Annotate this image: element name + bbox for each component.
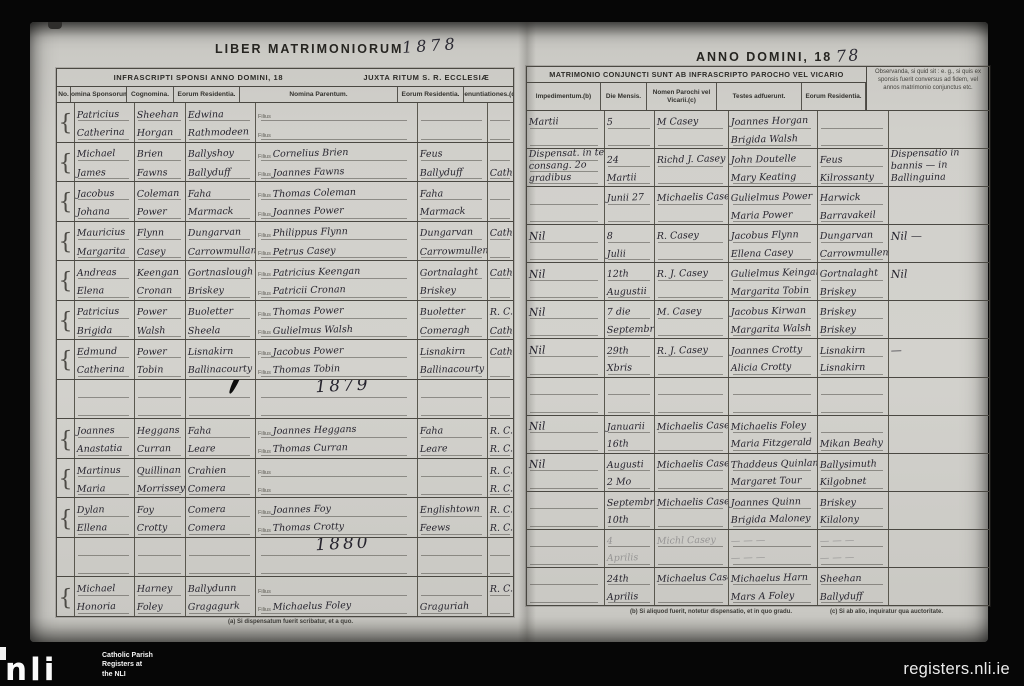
entry-brace: {	[57, 577, 75, 616]
cell-die-mensis: 5	[605, 111, 655, 148]
register-entry-row: Nil29thXbrisR. J. CaseyJoannes CrottyAli…	[527, 339, 989, 377]
cell-cognomina: BrienFawns	[135, 143, 186, 182]
handwritten-text: Catherina	[77, 128, 125, 141]
handwritten-text: Buoletter	[420, 307, 466, 320]
cell-die-mensis: 8Julii	[605, 225, 655, 262]
handwritten-text: — — —	[820, 554, 855, 566]
cell-observanda: —	[889, 339, 989, 376]
handwritten-text: Jacobus	[77, 189, 115, 201]
cell-eorum-residentia: LisnakirnBallinacourty	[186, 340, 256, 379]
cell-die-mensis: 24Martii	[605, 149, 655, 186]
filius-printed-label: Filius	[258, 330, 271, 336]
handwritten-text: Richd J. Casey	[657, 154, 726, 167]
filius-printed-label: Filius	[258, 251, 271, 257]
cell-impedimentum	[527, 378, 605, 415]
cell-nomen-parochi	[655, 378, 729, 415]
cell-impedimentum	[527, 187, 605, 224]
right-page-title: ANNO DOMINI, 18	[696, 50, 832, 64]
cell-testes-adfuerunt	[729, 378, 818, 415]
cell-nomina-sponsorum: JoannesAnastatia	[75, 419, 135, 458]
cell-testes-adfuerunt: John DoutelleMary Keating	[729, 149, 818, 186]
handwritten-text: Heggans	[137, 426, 180, 439]
handwritten-text: Catherina	[77, 365, 125, 378]
register-entry-row: NilJanuarii16thMichaelis CaseyMichaelis …	[527, 416, 989, 454]
entry-brace: {	[57, 301, 75, 340]
cell-impedimentum	[527, 568, 605, 605]
handwritten-text: Power	[137, 347, 167, 359]
handwritten-text: R. C.	[490, 445, 513, 457]
nli-logo[interactable]: nli	[5, 655, 57, 686]
handwritten-text: Michaelus Foley	[273, 601, 352, 615]
handwritten-text: Lisnakirn	[420, 347, 466, 360]
cell-testes-adfuerunt: Joannes CrottyAlicia Crotty	[729, 339, 818, 376]
handwritten-text: Brigida Maloney	[731, 514, 811, 528]
cell-denuntiationes: Catholics	[488, 340, 513, 379]
right-footnote-c: (c) Si ab alio, inquiratur qua auctorita…	[830, 609, 943, 615]
handwritten-text: Joannes Horgan	[731, 116, 809, 130]
cell-cognomina	[135, 380, 186, 419]
entry-brace	[57, 380, 75, 419]
handwritten-text: Dungarvan	[820, 231, 874, 244]
handwritten-text: Margarita	[77, 246, 126, 259]
handwritten-text: Briskey	[188, 286, 224, 298]
cell-testium-residentia	[818, 111, 889, 148]
handwritten-text: Tobin	[137, 366, 164, 378]
cell-parentum-residentia: EnglishtownFeews	[418, 498, 488, 537]
cell-nomen-parochi: Michaelus Casey	[655, 568, 729, 605]
handwritten-text: Maria Power	[731, 210, 793, 223]
cell-die-mensis: Januarii16th	[605, 416, 655, 453]
right-table-band: MATRIMONIO CONJUNCTI SUNT AB INFRASCRIPT…	[527, 67, 866, 83]
handwritten-text: Comera	[188, 505, 226, 517]
handwritten-text: Carrowmullane	[188, 246, 256, 259]
handwritten-text: Brigida Walsh	[731, 134, 798, 147]
cell-eorum-residentia: BallydunnGragagurk	[186, 577, 256, 616]
cell-denuntiationes: R. C.R. C.	[488, 419, 513, 458]
handwritten-text: Gulielmus Keingan	[731, 268, 818, 282]
cell-testium-residentia: HarwickBarravakeil	[818, 187, 889, 224]
handwritten-text: Joannes Foy	[273, 505, 331, 518]
left-footnote: (a) Si dispensatum fuerit scribatur, et …	[228, 619, 353, 625]
handwritten-text: Dungarvan	[420, 228, 474, 241]
entry-brace: {	[57, 459, 75, 498]
handwritten-text: Keengan	[137, 268, 179, 281]
handwritten-text: Ballyduff	[188, 167, 231, 180]
handwritten-text: R. C.	[490, 484, 513, 496]
cell-cognomina: PowerWalsh	[135, 301, 186, 340]
handwritten-text: Edwina	[188, 110, 224, 122]
handwritten-text: Sheehan	[820, 574, 862, 587]
year-divider-row: 1880	[57, 538, 513, 578]
filius-printed-label: Filius	[258, 291, 271, 297]
cell-testium-residentia: BriskeyBriskey	[818, 301, 889, 338]
handwritten-text: Ballyduff	[420, 167, 463, 180]
cell-parentum-residentia: DungarvanCarrowmullen	[418, 222, 488, 261]
handwritten-text: Lisnakirn	[820, 363, 866, 376]
handwritten-text: Harwick	[820, 193, 861, 206]
entry-brace: {	[57, 143, 75, 182]
register-viewer: LIBER MATRIMONIORUM 1878 INFRASCRIPTI SP…	[0, 0, 1024, 686]
cell-die-mensis: 4Aprilis	[605, 530, 655, 567]
cell-denuntiationes: Catholics	[488, 143, 513, 182]
entry-brace: {	[57, 103, 75, 142]
cell-nomina-parentum: FiliusFilius	[256, 459, 418, 498]
cell-cognomina: ColemanPower	[135, 182, 186, 221]
cell-cognomina: SheehanHorgan	[135, 103, 186, 142]
brace-glyph: {	[59, 192, 73, 214]
handwritten-text: Ballinacourty	[420, 365, 485, 378]
handwritten-text: Alicia Crotty	[731, 362, 792, 375]
handwritten-text: Michaelus Harn	[731, 573, 808, 587]
handwritten-text: Catholic	[490, 326, 513, 339]
handwritten-text: gradibus	[529, 173, 572, 186]
handwritten-text: M Casey	[657, 117, 699, 130]
handwritten-text: Thomas Power	[273, 307, 344, 320]
handwritten-text: Michaelis Casey	[657, 459, 729, 473]
cell-observanda	[889, 301, 989, 338]
handwritten-text: Briskey	[820, 287, 856, 299]
cell-cognomina: FlynnCasey	[135, 222, 186, 261]
filius-printed-label: Filius	[258, 193, 271, 199]
handwritten-text: Gragagurk	[188, 602, 240, 615]
handwritten-text: — — —	[820, 536, 855, 548]
filius-printed-label: Filius	[258, 272, 271, 278]
handwritten-text: Briskey	[820, 307, 856, 319]
cell-denuntiationes: Catholics	[488, 222, 513, 261]
handwritten-text: Thomas Curran	[273, 443, 348, 456]
handwritten-text: Anastatia	[77, 444, 123, 457]
handwritten-text: Margarita Tobin	[731, 286, 810, 300]
left-register-table: INFRASCRIPTI SPONSI ANNO DOMINI, 18 JUXT…	[56, 68, 514, 617]
cell-denuntiationes	[488, 182, 513, 221]
handwritten-text: Kilrossanty	[820, 172, 874, 185]
register-entry-row	[527, 378, 989, 416]
register-entry-row: {JacobusJohanaColemanPowerFahaMarmackFil…	[57, 182, 513, 222]
handwritten-text: Feews	[420, 524, 451, 536]
cell-cognomina: HeggansCurran	[135, 419, 186, 458]
handwritten-text: Lisnakirn	[820, 345, 866, 358]
handwritten-text: 10th	[607, 516, 629, 528]
handwritten-text: Leare	[420, 445, 448, 457]
handwritten-text: Englishtown	[420, 505, 480, 518]
handwritten-text: Fawns	[137, 168, 168, 180]
handwritten-text: Martinus	[77, 465, 121, 478]
handwritten-text: Faha	[188, 189, 212, 201]
handwritten-text: James	[77, 168, 106, 180]
handwritten-text: Mikan Beahy	[820, 439, 883, 452]
col-header-cognomina: Cognomina.	[127, 87, 174, 102]
cell-parentum-residentia: FahaMarmack	[418, 182, 488, 221]
page-edge-mark	[48, 22, 62, 29]
handwritten-text: Martii	[607, 173, 637, 185]
cell-nomina-parentum: FiliusJacobus PowerFiliusThomas Tobin	[256, 340, 418, 379]
handwritten-text: Flynn	[137, 229, 165, 241]
cell-observanda	[889, 378, 989, 415]
cell-observanda	[889, 454, 989, 491]
handwritten-text: Patricius	[77, 307, 120, 320]
register-entry-row: 24thAprilisMichaelus CaseyMichaelus Harn…	[527, 568, 989, 605]
brace-glyph: {	[59, 232, 73, 254]
handwritten-text: Kilalony	[820, 515, 859, 528]
cell-nomina-parentum: FiliusThomas PowerFiliusGulielmus Walsh	[256, 301, 418, 340]
cell-parentum-residentia: BuoletterComeragh	[418, 301, 488, 340]
cell-denuntiationes: R. C.Catholic	[488, 301, 513, 340]
handwritten-text: Dylan	[77, 505, 105, 517]
nli-logo-caption: Catholic Parish Registers at the NLI	[102, 651, 153, 679]
handwritten-text: Ballinguina	[891, 172, 946, 185]
handwritten-text: Michaelis Foley	[731, 421, 807, 434]
cell-testium-residentia: BallysimuthKilgobnet	[818, 454, 889, 491]
cell-nomina-sponsorum: MichaelHonoria	[75, 577, 135, 616]
handwritten-text: Mauricius	[77, 228, 126, 241]
cell-impedimentum: Nil	[527, 225, 605, 262]
cell-parentum-residentia	[418, 459, 488, 498]
handwritten-text: Mary Keating	[731, 172, 797, 185]
handwritten-text: Catholics	[490, 347, 513, 360]
handwritten-text: Margarita Walsh	[731, 324, 812, 338]
filius-printed-label: Filius	[258, 470, 271, 476]
cell-nomina-sponsorum	[75, 380, 135, 419]
cell-nomen-parochi: Michl Casey	[655, 530, 729, 567]
cell-denuntiationes	[488, 380, 513, 419]
handwritten-text: 7 die	[607, 308, 631, 320]
cell-observanda	[889, 530, 989, 567]
left-table-band: INFRASCRIPTI SPONSI ANNO DOMINI, 18 JUXT…	[57, 69, 513, 87]
cell-testium-residentia: BriskeyKilalony	[818, 492, 889, 529]
col-header-die-mensis: Die Mensis.	[601, 83, 647, 110]
filius-printed-label: Filius	[258, 370, 271, 376]
handwritten-text: Ellena	[77, 524, 108, 536]
cell-nomina-sponsorum: MauriciusMargarita	[75, 222, 135, 261]
handwritten-text: Faha	[188, 426, 212, 438]
cell-testes-adfuerunt: Michaelus HarnMars A Foley	[729, 568, 818, 605]
handwritten-text: Thaddeus Quinlan	[731, 458, 818, 472]
handwritten-text: Thomas Coleman	[273, 188, 356, 202]
cell-nomen-parochi: M Casey	[655, 111, 729, 148]
handwritten-text: Maria Fitzgerald	[731, 438, 812, 452]
entry-brace: {	[57, 419, 75, 458]
cell-impedimentum: Nil	[527, 339, 605, 376]
filius-printed-label: Filius	[258, 510, 271, 516]
cell-impedimentum: Dispensat. in tertioconsang. 2ogradibus	[527, 149, 605, 186]
handwritten-text: Comera	[188, 484, 226, 496]
handwritten-text: R. C.	[490, 466, 513, 478]
handwritten-text: Nil	[529, 230, 546, 243]
handwritten-text: Coleman	[137, 189, 180, 202]
year-label: 1879	[301, 380, 371, 399]
cell-testium-residentia: GortnalaghtBriskey	[818, 263, 889, 300]
handwritten-text: R. C.	[490, 426, 513, 438]
filius-printed-label: Filius	[258, 449, 271, 455]
handwritten-text: Harney	[137, 584, 173, 596]
handwritten-text: Maria	[77, 484, 106, 496]
filius-printed-label: Filius	[258, 114, 271, 120]
entry-brace: {	[57, 261, 75, 300]
observanda-note: Observanda, si quid sit : e. g., si quis…	[866, 67, 989, 110]
handwritten-text: Nil —	[891, 230, 923, 244]
right-table-body: Martii5M CaseyJoannes HorganBrigida Wals…	[527, 111, 989, 605]
brace-glyph: {	[59, 113, 73, 135]
filius-printed-label: Filius	[258, 607, 271, 613]
cell-eorum-residentia: DungarvanCarrowmullane	[186, 222, 256, 261]
filius-printed-label: Filius	[258, 431, 271, 437]
handwritten-text: Gortnalaght	[820, 269, 878, 282]
cell-eorum-residentia: CrahienComera	[186, 459, 256, 498]
cell-nomina-parentum: 1880	[256, 538, 418, 577]
handwritten-text: R. C.	[490, 524, 513, 536]
handwritten-text: Comera	[188, 523, 226, 535]
cell-cognomina: FoyCrotty	[135, 498, 186, 537]
cell-cognomina: HarneyFoley	[135, 577, 186, 616]
cell-eorum-residentia	[186, 380, 256, 419]
handwritten-text: Joannes Quinn	[731, 497, 801, 510]
handwritten-text: Horgan	[137, 128, 174, 140]
cell-testes-adfuerunt: Gulielmus PowerMaria Power	[729, 187, 818, 224]
handwritten-text: Thomas Crotty	[273, 522, 345, 535]
handwritten-text: Cronan	[137, 286, 173, 298]
handwritten-text: — — —	[731, 554, 766, 566]
cell-cognomina: PowerTobin	[135, 340, 186, 379]
cell-testium-residentia: LisnakirnLisnakirn	[818, 339, 889, 376]
handwritten-text: Augustii	[607, 287, 647, 300]
cell-die-mensis: Septembris10th	[605, 492, 655, 529]
handwritten-text: Rathmodeen	[188, 127, 249, 140]
handwritten-text: Power	[137, 207, 167, 219]
handwritten-text: Michaelus Casey	[657, 573, 729, 587]
cell-denuntiationes: R. C.R. C.	[488, 498, 513, 537]
handwritten-text: Michaelis Casey	[657, 421, 729, 435]
cell-nomina-parentum: FiliusJoannes HeggansFiliusThomas Curran	[256, 419, 418, 458]
handwritten-text: Marmack	[188, 207, 234, 220]
cell-observanda	[889, 492, 989, 529]
handwritten-text: — — —	[731, 536, 766, 548]
entry-brace: {	[57, 182, 75, 221]
handwritten-text: —	[891, 345, 902, 358]
cell-testium-residentia: DungarvanCarrowmullen	[818, 225, 889, 262]
handwritten-text: Comeragh	[420, 325, 470, 338]
cell-denuntiationes: R. C.R. C.	[488, 459, 513, 498]
handwritten-text: Thomas Tobin	[273, 364, 341, 377]
left-page-year-handwritten: 1878	[401, 34, 459, 57]
left-table-body: {PatriciusCatherinaSheehanHorganEdwinaRa…	[57, 103, 513, 616]
cell-nomina-sponsorum: PatriciusBrigida	[75, 301, 135, 340]
handwritten-text: Walsh	[137, 326, 166, 338]
cell-testium-residentia	[818, 378, 889, 415]
cell-impedimentum	[527, 492, 605, 529]
site-url[interactable]: registers.nli.ie	[903, 660, 1010, 679]
handwritten-text: Kilgobnet	[820, 477, 867, 490]
register-entry-row: {DylanEllenaFoyCrottyComeraComeraFiliusJ…	[57, 498, 513, 538]
col-header-testium-residentia: Eorum Residentia.	[802, 83, 866, 110]
year-label: 1880	[301, 538, 371, 557]
cell-nomina-sponsorum: DylanEllena	[75, 498, 135, 537]
filius-printed-label: Filius	[258, 351, 271, 357]
handwritten-text: R. C.	[490, 505, 513, 517]
col-header-impedimentum: Impedimentum.(b)	[527, 83, 601, 110]
handwritten-text: Gulielmus Walsh	[273, 325, 353, 339]
cell-parentum-residentia: FeusBallyduff	[418, 143, 488, 182]
handwritten-text: 24th	[607, 574, 629, 586]
handwritten-text: Briskey	[820, 325, 856, 337]
handwritten-text: Nil	[529, 459, 546, 472]
handwritten-text: Casey	[137, 247, 166, 259]
cell-testes-adfuerunt: Jacobus KirwanMargarita Walsh	[729, 301, 818, 338]
col-header-nomina-parentum: Nomina Parentum.	[240, 87, 398, 102]
logo-caption-line-3: the NLI	[102, 670, 153, 679]
handwritten-text: Patricius	[77, 110, 120, 123]
handwritten-text: Catholics	[490, 228, 513, 241]
cell-denuntiationes: Catholics	[488, 261, 513, 300]
handwritten-text: Catholics	[490, 167, 513, 180]
col-header-denuntiationes: Denuntiationes.(d)	[464, 87, 513, 102]
handwritten-text: Gulielmus Power	[731, 192, 813, 206]
register-entry-row: Septembris10thMichaelis CaseyJoannes Qui…	[527, 492, 989, 530]
handwritten-text: Sheehan	[137, 110, 179, 123]
handwritten-text: Nil	[529, 307, 546, 320]
handwritten-text: Foy	[137, 506, 154, 518]
handwritten-text: 29th	[607, 346, 629, 358]
cell-testium-residentia: — — —— — —	[818, 530, 889, 567]
register-entry-row: Junii 27Michaelis CaseyGulielmus PowerMa…	[527, 187, 989, 225]
cell-nomen-parochi: R. J. Casey	[655, 339, 729, 376]
brace-glyph: {	[59, 509, 73, 531]
handwritten-text: Morrissey	[137, 484, 186, 497]
scanned-page-image[interactable]: LIBER MATRIMONIORUM 1878 INFRASCRIPTI SP…	[30, 22, 988, 642]
handwritten-text: Gortnalaght	[420, 267, 478, 280]
cell-observanda	[889, 187, 989, 224]
col-header-residentia-2: Eorum Residentia.	[398, 87, 464, 102]
cell-nomina-sponsorum: PatriciusCatherina	[75, 103, 135, 142]
entry-brace: {	[57, 498, 75, 537]
cell-die-mensis: 12thAugustii	[605, 263, 655, 300]
year-divider-row: 1879	[57, 380, 513, 420]
cell-nomen-parochi: Richd J. Casey	[655, 149, 729, 186]
handwritten-text: Michael	[77, 584, 116, 597]
handwritten-text: Carrowmullen	[420, 246, 488, 259]
handwritten-text: R. J. Casey	[657, 269, 708, 282]
handwritten-text: Michael	[77, 149, 116, 162]
filius-printed-label: Filius	[258, 154, 271, 160]
cell-testium-residentia: Mikan Beahy	[818, 416, 889, 453]
handwritten-text: Joannes Fawns	[273, 167, 345, 180]
handwritten-text: Michaelis Casey	[657, 497, 729, 511]
register-entry-row: {AndreasElenaKeenganCronanGortnasloughBr…	[57, 261, 513, 301]
handwritten-text: Margaret Tour	[731, 476, 802, 489]
handwritten-text: Faha	[420, 189, 444, 201]
handwritten-text: Ellena Casey	[731, 248, 794, 261]
cell-denuntiationes	[488, 103, 513, 142]
cell-nomina-sponsorum: JacobusJohana	[75, 182, 135, 221]
cell-testes-adfuerunt: Joannes QuinnBrigida Maloney	[729, 492, 818, 529]
cell-denuntiationes: R. C.	[488, 577, 513, 616]
filius-printed-label: Filius	[258, 528, 271, 534]
handwritten-text: Crotty	[137, 524, 168, 536]
handwritten-text: Aprilis	[607, 592, 639, 604]
cell-parentum-residentia: FahaLeare	[418, 419, 488, 458]
handwritten-text: Joannes Heggans	[273, 425, 357, 439]
handwritten-text: Junii 27	[607, 193, 645, 205]
register-entry-row: {MichaelHonoriaHarneyFoleyBallydunnGraga…	[57, 577, 513, 616]
register-entry-row: Nil12thAugustiiR. J. CaseyGulielmus Kein…	[527, 263, 989, 301]
filius-printed-label: Filius	[258, 589, 271, 595]
cell-eorum-residentia: FahaLeare	[186, 419, 256, 458]
handwritten-text: Joannes Crotty	[731, 345, 803, 358]
handwritten-text: Carrowmullen	[820, 248, 889, 261]
entry-brace: {	[57, 340, 75, 379]
left-page-title: LIBER MATRIMONIORUM	[215, 42, 403, 56]
cell-nomen-parochi: Michaelis Casey	[655, 416, 729, 453]
handwritten-text: Lisnakirn	[188, 347, 234, 360]
